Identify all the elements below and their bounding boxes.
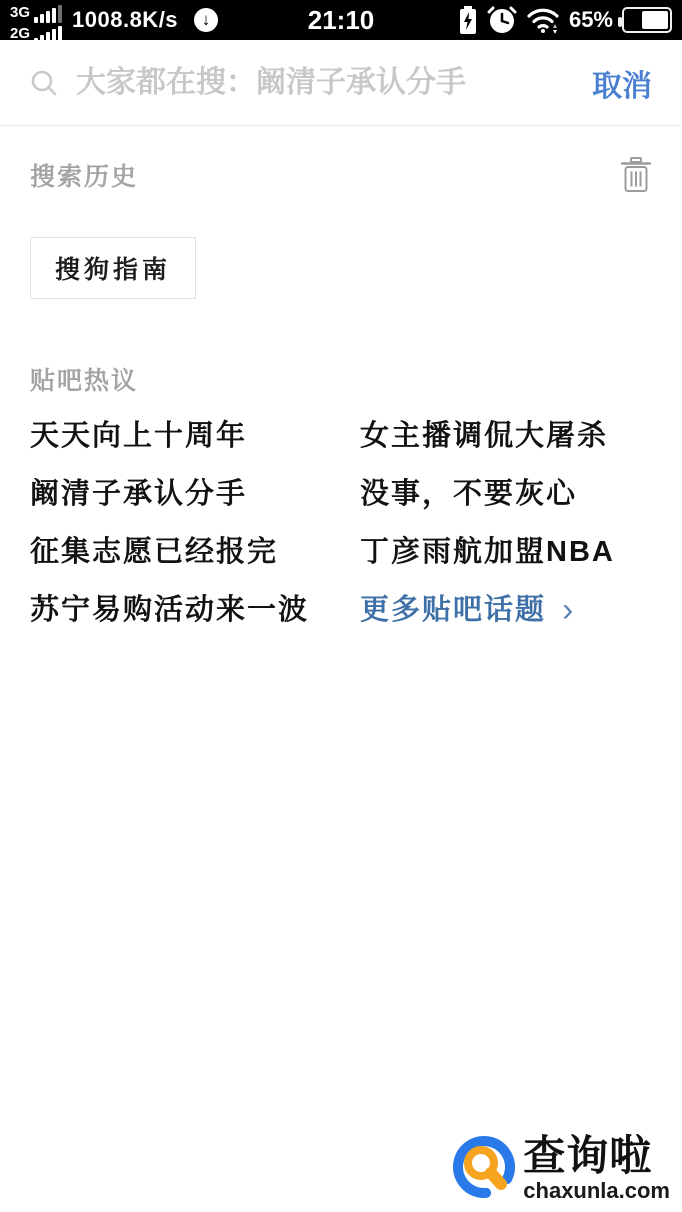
trash-icon xyxy=(620,157,652,193)
topic-item[interactable]: 阚清子承认分手 xyxy=(30,477,360,511)
sim2-signal: 2G xyxy=(10,24,62,41)
network-speed: 1008.8K/s xyxy=(72,7,178,33)
search-input[interactable] xyxy=(76,66,576,100)
topic-item[interactable]: 天天向上十周年 xyxy=(30,419,360,453)
topic-item[interactable]: 丁彦雨航加盟NBA xyxy=(360,535,652,569)
sim1-signal: 3G xyxy=(10,3,62,23)
watermark: 查询啦 chaxunla.com xyxy=(451,1134,670,1204)
sim2-signal-bars-icon xyxy=(34,26,62,41)
battery-level-icon xyxy=(622,7,672,33)
search-icon xyxy=(30,69,58,97)
more-topics-link[interactable]: 更多贴吧话题 › xyxy=(360,593,652,627)
history-tag[interactable]: 搜狗指南 xyxy=(30,237,196,299)
battery-percent: 65% xyxy=(569,7,613,33)
download-icon: ↓ xyxy=(194,8,218,32)
page-content: 搜索历史 搜狗指南 贴吧热议 天天向上十周年 女主播调侃大屠杀 阚清子承认分手 … xyxy=(0,127,682,627)
signal-indicators: 3G 2G xyxy=(10,3,62,41)
chevron-right-icon: › xyxy=(562,595,575,625)
alarm-clock-icon xyxy=(487,5,517,35)
status-bar: 3G 2G 1008.8K/s ↓ 21:10 xyxy=(0,0,682,40)
search-header: 取消 xyxy=(0,40,682,126)
hot-topics-grid: 天天向上十周年 女主播调侃大屠杀 阚清子承认分手 没事，不要灰心 征集志愿已经报… xyxy=(30,419,652,627)
cancel-button[interactable]: 取消 xyxy=(592,61,652,105)
wifi-icon xyxy=(526,6,560,34)
topic-item[interactable]: 女主播调侃大屠杀 xyxy=(360,419,652,453)
topic-item[interactable]: 没事，不要灰心 xyxy=(360,477,652,511)
more-topics-label: 更多贴吧话题 xyxy=(360,593,546,627)
watermark-site-name: 查询啦 xyxy=(523,1135,652,1179)
battery-charging-icon xyxy=(458,5,478,35)
hot-topics-title: 贴吧热议 xyxy=(30,361,138,397)
clear-history-button[interactable] xyxy=(620,157,652,193)
sim1-network-type: 3G xyxy=(10,3,30,23)
sim2-network-type: 2G xyxy=(10,24,30,41)
topic-item[interactable]: 苏宁易购活动来一波 xyxy=(30,593,360,627)
chaxunla-logo-icon xyxy=(451,1134,521,1204)
topic-item[interactable]: 征集志愿已经报完 xyxy=(30,535,360,569)
sim1-signal-bars-icon xyxy=(34,5,62,23)
search-history-title: 搜索历史 xyxy=(30,157,138,193)
watermark-site-domain: chaxunla.com xyxy=(523,1179,670,1203)
